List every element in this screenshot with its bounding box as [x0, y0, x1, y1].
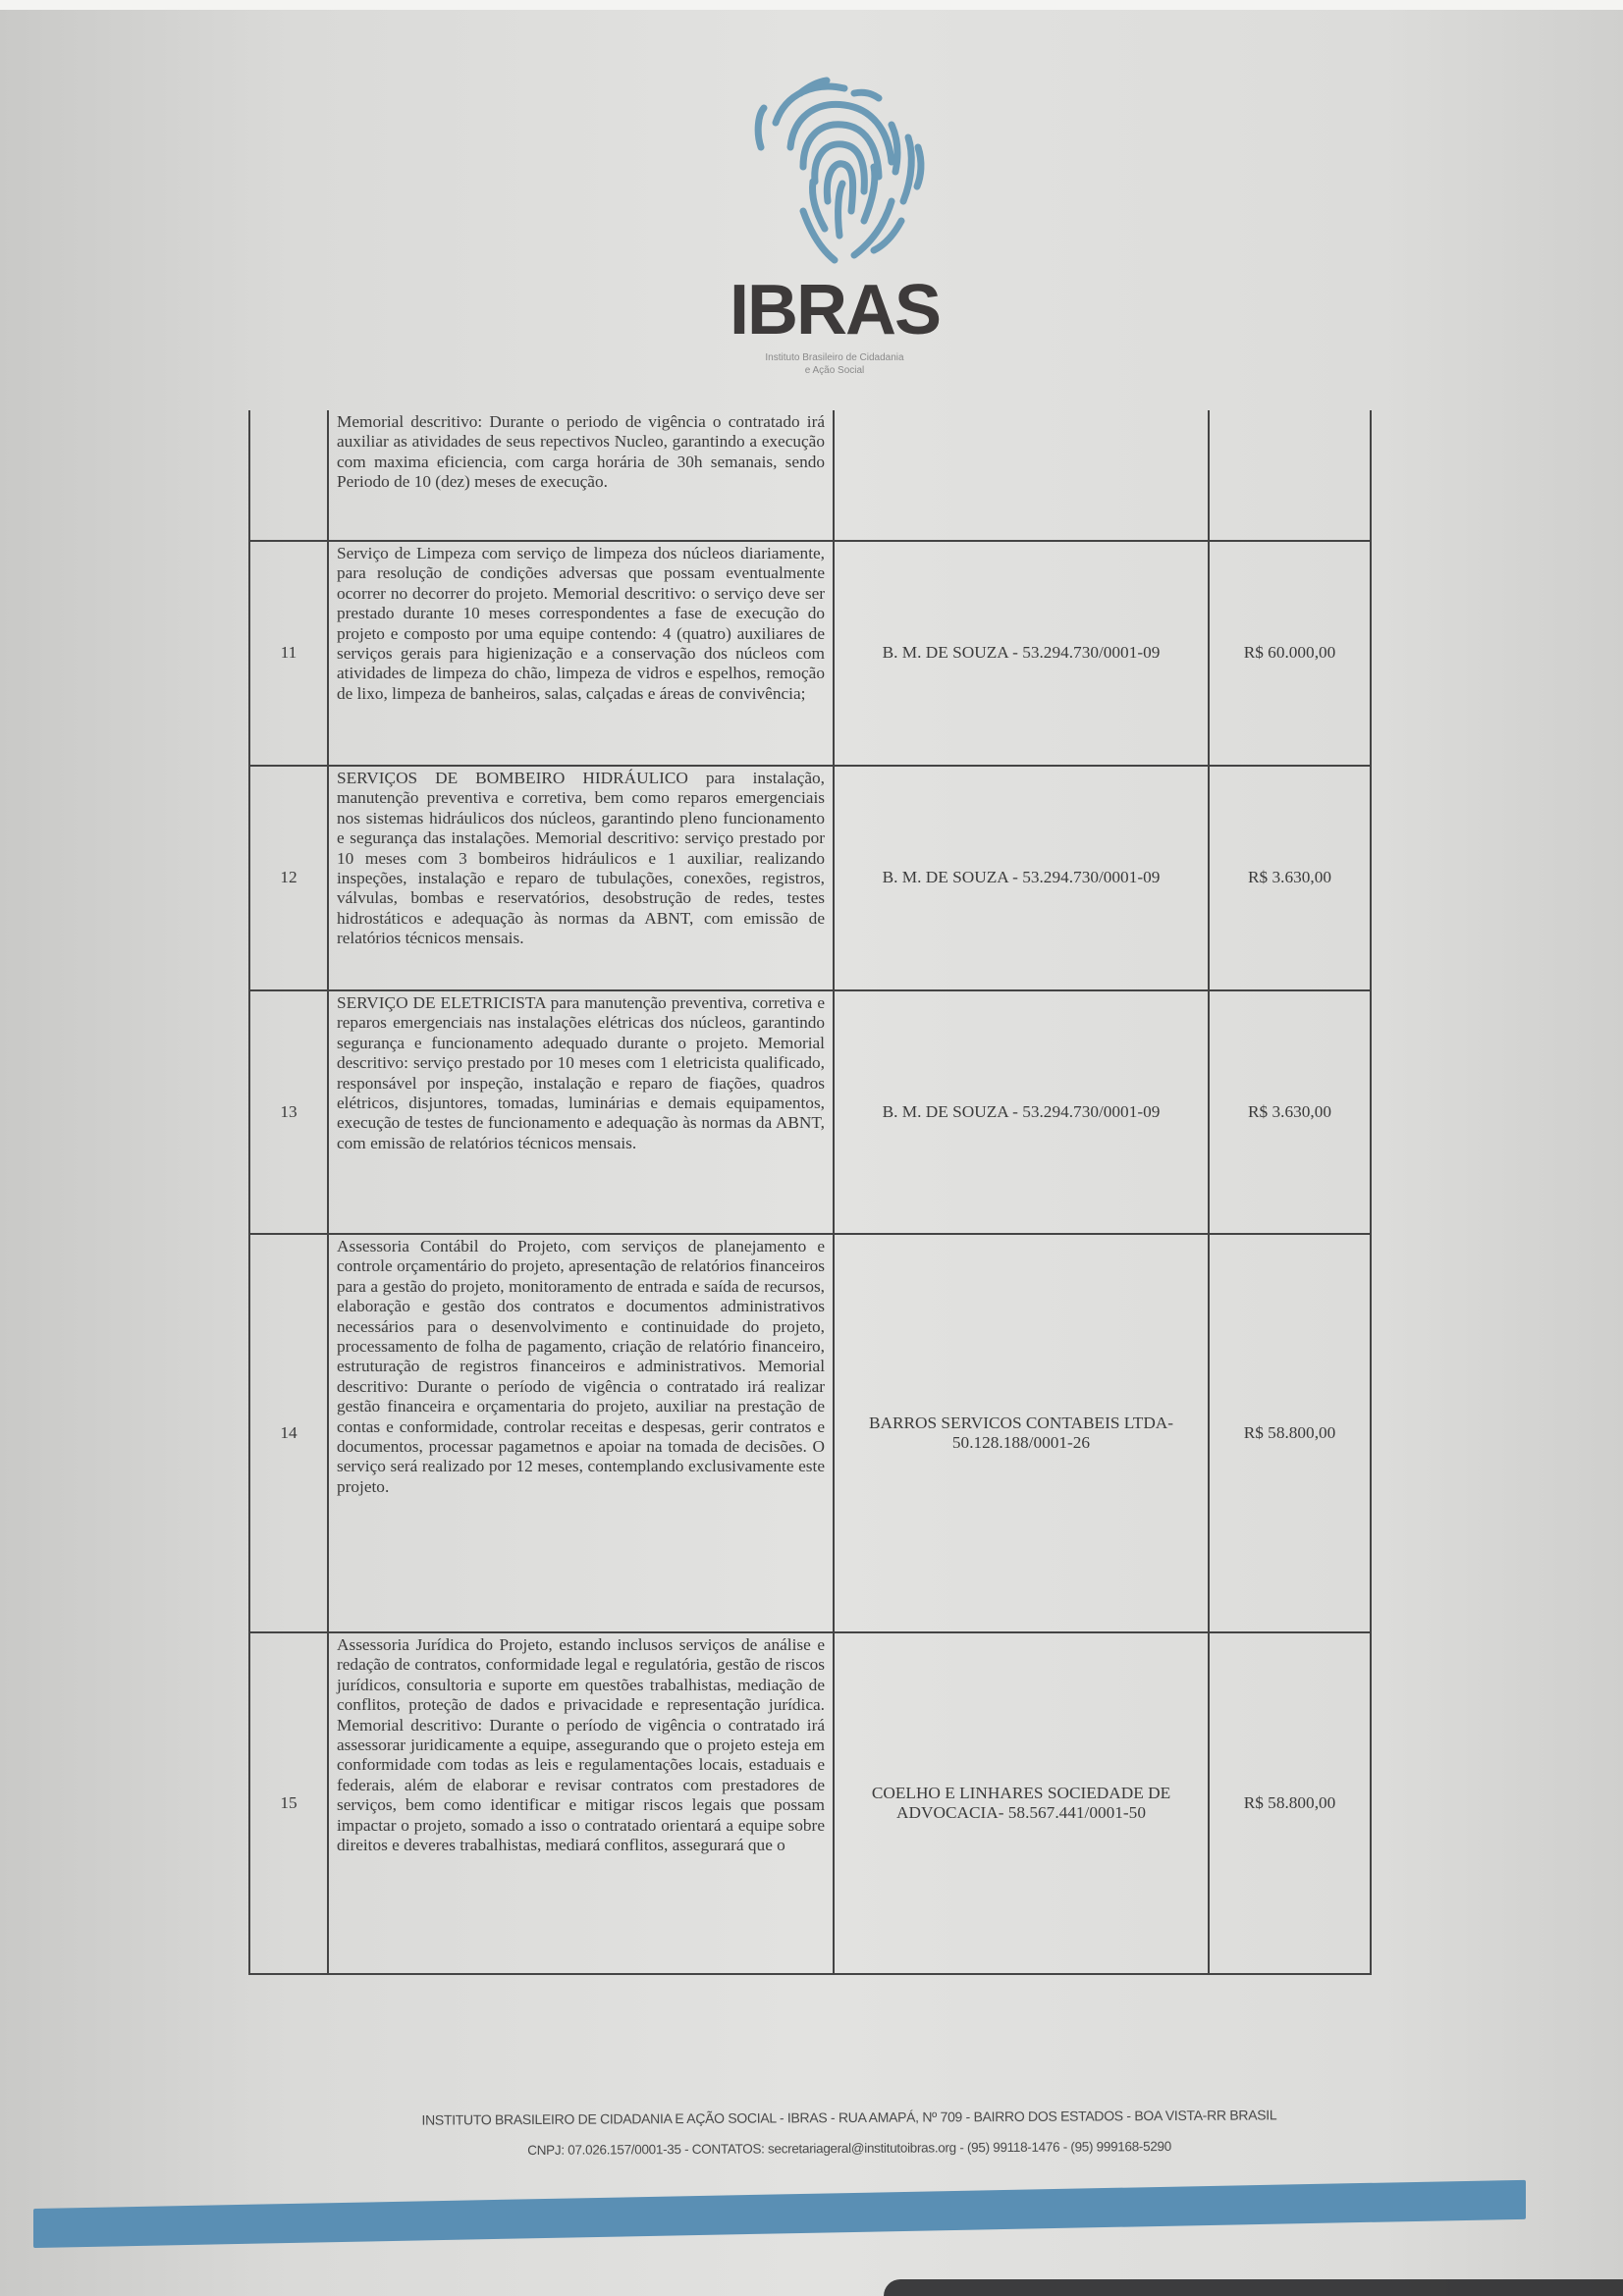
table-row: 12 SERVIÇOS DE BOMBEIRO HIDRÁULICO para …: [249, 766, 1371, 990]
item-description: Assessoria Contábil do Projeto, com serv…: [328, 1234, 834, 1632]
table-row: 11 Serviço de Limpeza com serviço de lim…: [249, 541, 1371, 766]
item-value: R$ 58.800,00: [1209, 1234, 1371, 1632]
footer-contacts: CNPJ: 07.026.157/0001-35 - CONTATOS: sec…: [324, 2137, 1375, 2162]
table-row: 14 Assessoria Contábil do Projeto, com s…: [249, 1234, 1371, 1632]
item-number: 15: [249, 1632, 328, 1974]
item-provider: B. M. DE SOUZA - 53.294.730/0001-09: [834, 541, 1209, 766]
item-description: Memorial descritivo: Durante o periodo d…: [328, 410, 834, 541]
item-description: Assessoria Jurídica do Projeto, estando …: [328, 1632, 834, 1974]
page-top-edge: [0, 0, 1623, 10]
item-value: R$ 58.800,00: [1209, 1632, 1371, 1974]
item-description: Serviço de Limpeza com serviço de limpez…: [328, 541, 834, 766]
table-row: 15 Assessoria Jurídica do Projeto, estan…: [249, 1632, 1371, 1974]
item-description: SERVIÇO DE ELETRICISTA para manutenção p…: [328, 990, 834, 1234]
item-number: 12: [249, 766, 328, 990]
brand-subtitle: Instituto Brasileiro de Cidadania e Ação…: [717, 351, 952, 377]
item-value: R$ 3.630,00: [1209, 766, 1371, 990]
item-provider: B. M. DE SOUZA - 53.294.730/0001-09: [834, 990, 1209, 1234]
brand-name: IBRAS: [717, 275, 952, 346]
page-footer: INSTITUTO BRASILEIRO DE CIDADANIA E AÇÃO…: [324, 2106, 1375, 2162]
item-provider: [834, 410, 1209, 541]
item-value: R$ 3.630,00: [1209, 990, 1371, 1234]
item-value: R$ 60.000,00: [1209, 541, 1371, 766]
item-number: [249, 410, 328, 541]
services-table: Memorial descritivo: Durante o periodo d…: [248, 410, 1372, 1975]
footer-accent-stripe: [33, 2180, 1526, 2248]
item-value: [1209, 410, 1371, 541]
item-provider: BARROS SERVICOS CONTABEIS LTDA- 50.128.1…: [834, 1234, 1209, 1632]
table-row: 13 SERVIÇO DE ELETRICISTA para manutençã…: [249, 990, 1371, 1234]
footer-address: INSTITUTO BRASILEIRO DE CIDADANIA E AÇÃO…: [324, 2106, 1375, 2130]
table-row: Memorial descritivo: Durante o periodo d…: [249, 410, 1371, 541]
item-description: SERVIÇOS DE BOMBEIRO HIDRÁULICO para ins…: [328, 766, 834, 990]
fingerprint-brazil-map-icon: [717, 54, 952, 280]
item-number: 14: [249, 1234, 328, 1632]
ibras-logo: IBRAS Instituto Brasileiro de Cidadania …: [717, 54, 952, 388]
item-provider: COELHO E LINHARES SOCIEDADE DE ADVOCACIA…: [834, 1632, 1209, 1974]
item-provider: B. M. DE SOUZA - 53.294.730/0001-09: [834, 766, 1209, 990]
item-number: 13: [249, 990, 328, 1234]
item-number: 11: [249, 541, 328, 766]
photo-shadow: [884, 2279, 1623, 2296]
